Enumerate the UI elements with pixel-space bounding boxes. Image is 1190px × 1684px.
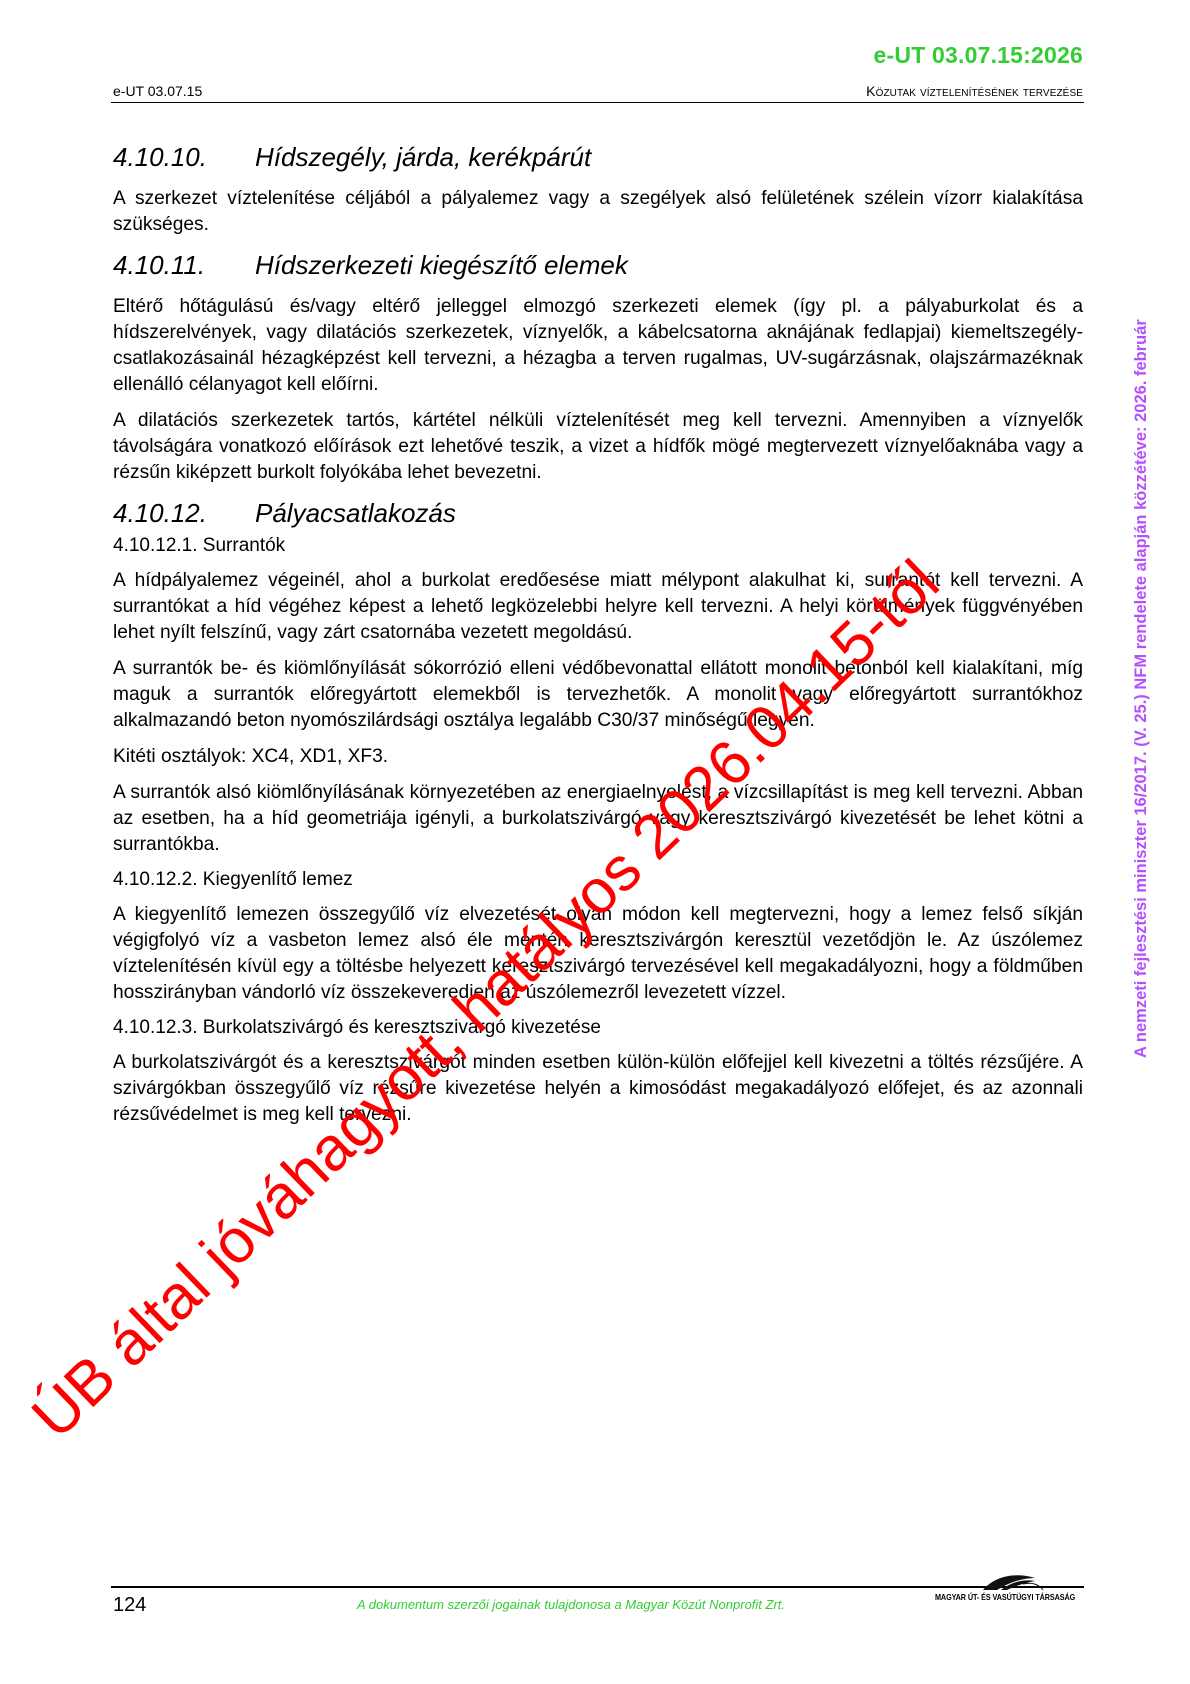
publisher-logo: MAGYAR ÚT- ÉS VASÚTÜGYI TÁRSASÁG: [935, 1570, 1085, 1620]
section-title: Hídszegély, járda, kerékpárút: [255, 142, 591, 172]
document-code-title: e-UT 03.07.15:2026: [874, 42, 1083, 69]
section-heading-4-10-10: 4.10.10.Hídszegély, járda, kerékpárút: [113, 140, 1083, 174]
paragraph: A burkolatszivárgót és a keresztszivárgó…: [113, 1050, 1083, 1128]
paragraph: Kitéti osztályok: XC4, XD1, XF3.: [113, 744, 1083, 770]
running-header-right: Közutak víztelenítésének tervezése: [866, 83, 1083, 99]
running-header-left: e-UT 03.07.15: [113, 83, 202, 99]
page-content: 4.10.10.Hídszegély, járda, kerékpárút A …: [113, 140, 1083, 1138]
header-divider: [111, 102, 1084, 103]
subsection-heading-surrantok: 4.10.12.1. Surrantók: [113, 534, 1083, 558]
paragraph: A dilatációs szerkezetek tartós, kártéte…: [113, 408, 1083, 486]
section-heading-4-10-11: 4.10.11.Hídszerkezeti kiegészítő elemek: [113, 248, 1083, 282]
paragraph: A szerkezet víztelenítése céljából a pál…: [113, 186, 1083, 238]
paragraph: A surrantók be- és kiömlőnyílását sókorr…: [113, 656, 1083, 734]
copyright-notice: A dokumentum szerzői jogainak tulajdonos…: [357, 1597, 785, 1612]
page-number: 124: [113, 1594, 146, 1617]
section-title: Pályacsatlakozás: [255, 498, 456, 528]
paragraph: Eltérő hőtágulású és/vagy eltérő jellegg…: [113, 294, 1083, 398]
section-title: Hídszerkezeti kiegészítő elemek: [255, 250, 628, 280]
subsection-heading-szivargo-kivezetese: 4.10.12.3. Burkolatszivárgó és keresztsz…: [113, 1016, 1083, 1040]
logo-text: MAGYAR ÚT- ÉS VASÚTÜGYI TÁRSASÁG: [935, 1592, 1075, 1602]
section-number: 4.10.10.: [113, 140, 255, 174]
section-heading-4-10-12: 4.10.12.Pályacsatlakozás: [113, 496, 1083, 530]
publication-side-note: A nemzeti fejlesztési miniszter 16/2017.…: [1132, 319, 1151, 1058]
section-number: 4.10.11.: [113, 248, 255, 282]
section-number: 4.10.12.: [113, 496, 255, 530]
